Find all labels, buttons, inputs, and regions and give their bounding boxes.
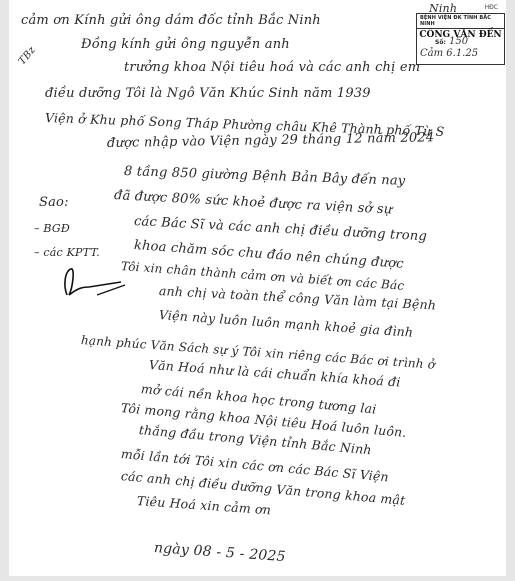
stamp-number-value: 150	[449, 36, 468, 47]
letter-page: HĐC Ninh BỆNH VIỆN ĐK TỈNH BẮC NINH CÔNG…	[9, 0, 506, 576]
stamp-hospital-name: BỆNH VIỆN ĐK TỈNH BẮC NINH	[417, 14, 504, 29]
recipient-item: – BGĐ	[34, 222, 70, 235]
letter-line: cảm ơn Kính gửi ông dám đốc tỉnh Bắc Nin…	[21, 13, 321, 28]
letter-line: trưởng khoa Nội tiêu hoá và các anh chị …	[124, 60, 420, 75]
margin-tag: TBz	[17, 45, 38, 67]
stamp-date-value: Cảm 6.1.25	[420, 48, 478, 59]
letter-line: đã được 80% sức khoẻ được ra viện sở sự	[114, 188, 393, 218]
letter-line: được nhập vào Viện ngày 29 tháng 12 năm …	[107, 130, 435, 151]
letter-line: các Bác Sĩ và các anh chị điều dưỡng tro…	[134, 214, 428, 244]
letter-line: Viện này luôn luôn mạnh khoẻ gia đình	[158, 307, 413, 340]
stamp-number-label: Số:	[435, 39, 446, 46]
letter-date: ngày 08 - 5 - 2025	[153, 540, 286, 565]
letter-line: Tiêu Hoá xin cảm ơn	[136, 493, 271, 517]
letter-line: điều dưỡng Tôi là Ngô Văn Khúc Sinh năm …	[45, 86, 371, 101]
recipient-item: – các KPTT.	[34, 246, 100, 259]
letter-line: 8 tầng 850 giường Bệnh Bản Bây đến nay	[124, 164, 406, 189]
letter-line: Đồng kính gửi ông nguyễn anh	[81, 37, 290, 52]
incoming-document-stamp: BỆNH VIỆN ĐK TỈNH BẮC NINH CÔNG VĂN ĐẾN …	[416, 13, 505, 65]
signature	[59, 265, 129, 305]
recipients-label: Sao:	[39, 195, 69, 210]
corner-note: HĐC	[485, 4, 498, 11]
